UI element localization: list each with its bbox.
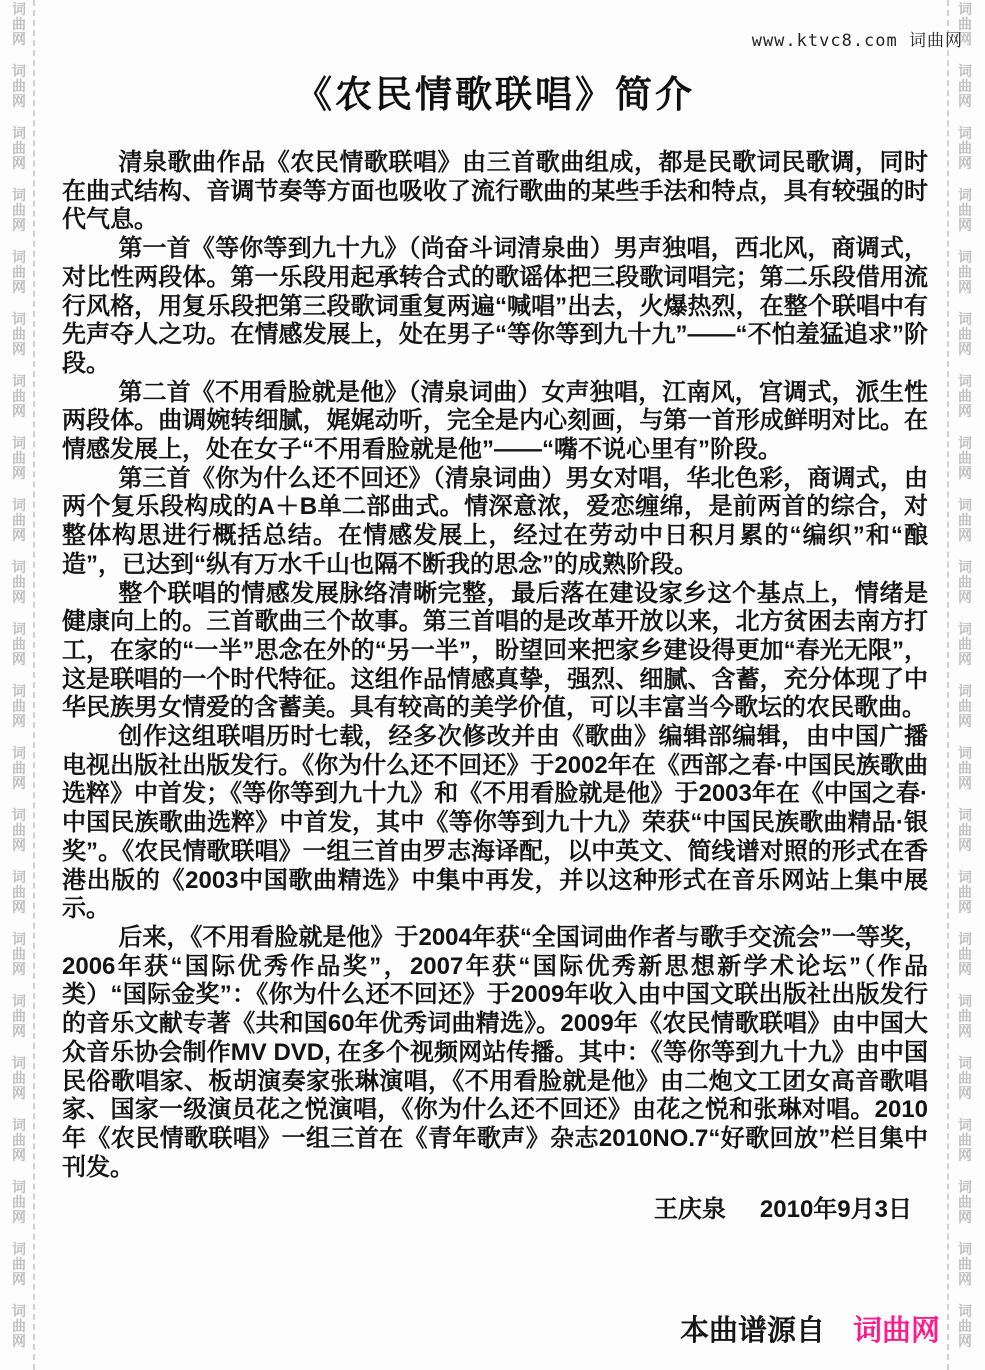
side-watermark-char: 网	[958, 900, 972, 915]
side-watermark-char: 曲	[12, 1195, 26, 1210]
side-watermark-char: 词	[958, 312, 972, 327]
right-dashed-border	[947, 0, 949, 1370]
side-watermark-char: 网	[12, 280, 26, 295]
side-watermark-char: 词	[12, 622, 26, 637]
side-watermark-char: 词	[12, 746, 26, 761]
paragraph: 第一首《等你等到九十九》（尚奋斗词清泉曲）男声独唱，西北风，商调式，对比性两段体…	[62, 235, 928, 379]
side-watermark-group: 词曲网	[12, 684, 26, 729]
side-watermark-char: 词	[958, 994, 972, 1009]
side-watermark-group: 词曲网	[958, 1180, 972, 1225]
side-watermark-char: 词	[958, 684, 972, 699]
side-watermark-char: 词	[12, 1180, 26, 1195]
side-watermark-char: 曲	[12, 141, 26, 156]
side-watermark-char: 曲	[958, 575, 972, 590]
side-watermark-char: 网	[12, 1334, 26, 1349]
signature-author: 王庆泉	[654, 1196, 726, 1223]
document-body: 清泉歌曲作品《农民情歌联唱》由三首歌曲组成，都是民歌词民歌调，同时在曲式结构、音…	[62, 149, 928, 1182]
signature-line: 王庆泉2010年9月3日	[62, 1189, 928, 1224]
side-watermark-char: 曲	[12, 327, 26, 342]
side-watermark-char: 曲	[958, 1195, 972, 1210]
side-watermark-char: 网	[958, 94, 972, 109]
side-watermark-char: 词	[958, 374, 972, 389]
side-watermark-char: 网	[958, 156, 972, 171]
side-watermark-group: 词曲网	[12, 312, 26, 357]
page-title: 《农民情歌联唱》简介	[62, 64, 928, 118]
side-watermark-group: 词曲网	[12, 126, 26, 171]
side-watermark-char: 词	[958, 808, 972, 823]
signature-date: 2010年9月3日	[760, 1196, 912, 1223]
side-watermark-char: 网	[958, 218, 972, 233]
side-watermark-char: 曲	[12, 637, 26, 652]
side-watermark-group: 词曲网	[12, 994, 26, 1039]
side-watermark-char: 词	[958, 746, 972, 761]
side-watermark-char: 网	[958, 528, 972, 543]
side-watermark-char: 网	[12, 1272, 26, 1287]
side-watermark-char: 词	[958, 498, 972, 513]
side-watermark-group: 词曲网	[958, 64, 972, 109]
side-watermark-char: 网	[12, 900, 26, 915]
side-watermark-group: 词曲网	[958, 250, 972, 295]
footer-site-link[interactable]: 词曲网	[853, 1315, 940, 1347]
side-watermark-char: 曲	[12, 885, 26, 900]
side-watermark-char: 网	[958, 466, 972, 481]
side-watermark-char: 词	[958, 188, 972, 203]
side-watermark-char: 词	[958, 1304, 972, 1319]
side-watermark-group: 词曲网	[958, 312, 972, 357]
side-watermark-char: 曲	[958, 637, 972, 652]
side-watermark-char: 曲	[958, 823, 972, 838]
side-watermark-char: 词	[12, 374, 26, 389]
side-watermark-group: 词曲网	[958, 932, 972, 977]
side-watermark-group: 词曲网	[12, 1180, 26, 1225]
side-watermark-group: 词曲网	[12, 1242, 26, 1287]
side-watermark-char: 网	[958, 838, 972, 853]
side-watermark-char: 曲	[958, 885, 972, 900]
side-watermark-char: 词	[12, 498, 26, 513]
side-watermark-char: 词	[958, 250, 972, 265]
side-watermark-group: 词曲网	[958, 622, 972, 667]
side-watermark-char: 词	[958, 932, 972, 947]
side-watermark-char: 词	[12, 312, 26, 327]
side-watermark-char: 曲	[12, 389, 26, 404]
side-watermark-char: 网	[12, 342, 26, 357]
side-watermark-char: 网	[958, 1334, 972, 1349]
footer-credit: 本曲谱源自词曲网	[680, 1308, 940, 1349]
side-watermark-char: 词	[958, 622, 972, 637]
side-watermark-char: 词	[958, 1180, 972, 1195]
side-watermark-char: 曲	[12, 699, 26, 714]
side-watermark-char: 网	[958, 1210, 972, 1225]
side-watermark-group: 词曲网	[12, 374, 26, 419]
side-watermark-char: 网	[958, 342, 972, 357]
side-watermark-char: 网	[12, 1086, 26, 1101]
side-watermark-char: 曲	[12, 1257, 26, 1272]
side-watermark-char: 网	[12, 838, 26, 853]
left-watermark-column: 词曲网词曲网词曲网词曲网词曲网词曲网词曲网词曲网词曲网词曲网词曲网词曲网词曲网词…	[6, 2, 32, 1370]
side-watermark-group: 词曲网	[958, 1304, 972, 1349]
side-watermark-char: 网	[958, 1272, 972, 1287]
side-watermark-group: 词曲网	[12, 250, 26, 295]
side-watermark-group: 词曲网	[958, 994, 972, 1039]
side-watermark-char: 曲	[12, 451, 26, 466]
side-watermark-char: 曲	[12, 265, 26, 280]
side-watermark-char: 曲	[12, 823, 26, 838]
side-watermark-char: 曲	[958, 1009, 972, 1024]
side-watermark-char: 词	[12, 870, 26, 885]
side-watermark-char: 词	[12, 126, 26, 141]
side-watermark-char: 曲	[12, 1009, 26, 1024]
side-watermark-group: 词曲网	[12, 1304, 26, 1349]
side-watermark-group: 词曲网	[12, 870, 26, 915]
side-watermark-group: 词曲网	[958, 126, 972, 171]
side-watermark-char: 网	[12, 590, 26, 605]
paragraph: 后来，《不用看脸就是他》于2004年获“全国词曲作者与歌手交流会”一等奖，200…	[62, 924, 928, 1182]
side-watermark-char: 曲	[12, 1319, 26, 1334]
side-watermark-char: 词	[12, 1304, 26, 1319]
side-watermark-char: 词	[958, 1056, 972, 1071]
paragraph: 清泉歌曲作品《农民情歌联唱》由三首歌曲组成，都是民歌词民歌调，同时在曲式结构、音…	[62, 149, 928, 235]
side-watermark-char: 词	[958, 1118, 972, 1133]
side-watermark-char: 网	[958, 1148, 972, 1163]
side-watermark-char: 曲	[958, 1133, 972, 1148]
side-watermark-char: 曲	[958, 699, 972, 714]
side-watermark-group: 词曲网	[958, 1056, 972, 1101]
side-watermark-char: 词	[12, 188, 26, 203]
side-watermark-char: 网	[12, 1148, 26, 1163]
side-watermark-group: 词曲网	[958, 870, 972, 915]
side-watermark-char: 曲	[958, 947, 972, 962]
side-watermark-group: 词曲网	[12, 1056, 26, 1101]
side-watermark-char: 词	[12, 808, 26, 823]
side-watermark-char: 词	[12, 2, 26, 17]
side-watermark-char: 曲	[12, 513, 26, 528]
document-content: 《农民情歌联唱》简介 清泉歌曲作品《农民情歌联唱》由三首歌曲组成，都是民歌词民歌…	[62, 0, 928, 1224]
side-watermark-char: 网	[12, 32, 26, 47]
side-watermark-group: 词曲网	[12, 622, 26, 667]
side-watermark-group: 词曲网	[958, 188, 972, 233]
side-watermark-char: 曲	[12, 203, 26, 218]
side-watermark-char: 网	[12, 466, 26, 481]
side-watermark-char: 词	[958, 1242, 972, 1257]
side-watermark-char: 词	[12, 684, 26, 699]
side-watermark-char: 曲	[958, 389, 972, 404]
side-watermark-char: 词	[958, 126, 972, 141]
side-watermark-char: 网	[12, 94, 26, 109]
side-watermark-group: 词曲网	[12, 746, 26, 791]
side-watermark-char: 曲	[958, 451, 972, 466]
side-watermark-char: 词	[12, 1242, 26, 1257]
left-dashed-border	[33, 0, 35, 1370]
side-watermark-group: 词曲网	[12, 64, 26, 109]
side-watermark-group: 词曲网	[12, 932, 26, 977]
side-watermark-char: 曲	[958, 513, 972, 528]
side-watermark-char: 词	[12, 1118, 26, 1133]
side-watermark-char: 曲	[12, 575, 26, 590]
side-watermark-char: 曲	[12, 79, 26, 94]
side-watermark-group: 词曲网	[12, 560, 26, 605]
side-watermark-char: 曲	[958, 203, 972, 218]
side-watermark-char: 词	[958, 870, 972, 885]
side-watermark-group: 词曲网	[12, 188, 26, 233]
side-watermark-char: 词	[12, 250, 26, 265]
side-watermark-char: 曲	[12, 947, 26, 962]
side-watermark-group: 词曲网	[958, 498, 972, 543]
side-watermark-group: 词曲网	[12, 436, 26, 481]
right-watermark-column: 词曲网词曲网词曲网词曲网词曲网词曲网词曲网词曲网词曲网词曲网词曲网词曲网词曲网词…	[952, 2, 978, 1370]
side-watermark-char: 网	[12, 1024, 26, 1039]
side-watermark-char: 曲	[958, 79, 972, 94]
side-watermark-char: 网	[12, 156, 26, 171]
side-watermark-char: 网	[12, 218, 26, 233]
side-watermark-char: 网	[12, 962, 26, 977]
side-watermark-group: 词曲网	[958, 374, 972, 419]
side-watermark-char: 曲	[958, 141, 972, 156]
side-watermark-char: 词	[12, 436, 26, 451]
side-watermark-char: 网	[958, 962, 972, 977]
side-watermark-char: 词	[12, 560, 26, 575]
side-watermark-char: 词	[12, 994, 26, 1009]
side-watermark-group: 词曲网	[12, 808, 26, 853]
paragraph: 整个联唱的情感发展脉络清晰完整，最后落在建设家乡这个基点上，情绪是健康向上的。三…	[62, 580, 928, 724]
side-watermark-char: 网	[958, 404, 972, 419]
side-watermark-group: 词曲网	[12, 1118, 26, 1163]
side-watermark-char: 词	[958, 64, 972, 79]
paragraph: 创作这组联唱历时七载，经多次修改并由《歌曲》编辑部编辑，由中国广播电视出版社出版…	[62, 723, 928, 924]
side-watermark-char: 网	[958, 776, 972, 791]
side-watermark-char: 网	[12, 652, 26, 667]
side-watermark-char: 曲	[958, 327, 972, 342]
side-watermark-char: 网	[12, 404, 26, 419]
side-watermark-group: 词曲网	[958, 436, 972, 481]
side-watermark-group: 词曲网	[958, 684, 972, 729]
side-watermark-char: 网	[958, 652, 972, 667]
side-watermark-char: 曲	[12, 1133, 26, 1148]
side-watermark-char: 词	[12, 64, 26, 79]
side-watermark-char: 曲	[12, 17, 26, 32]
side-watermark-group: 词曲网	[958, 808, 972, 853]
side-watermark-char: 网	[958, 590, 972, 605]
side-watermark-group: 词曲网	[958, 560, 972, 605]
side-watermark-char: 词	[958, 436, 972, 451]
side-watermark-char: 网	[12, 714, 26, 729]
side-watermark-char: 曲	[958, 265, 972, 280]
side-watermark-char: 曲	[12, 1071, 26, 1086]
side-watermark-char: 网	[958, 714, 972, 729]
side-watermark-char: 曲	[958, 1257, 972, 1272]
side-watermark-char: 网	[958, 1024, 972, 1039]
paragraph: 第三首《你为什么还不回还》（清泉词曲）男女对唱，华北色彩，商调式，由两个复乐段构…	[62, 465, 928, 580]
side-watermark-group: 词曲网	[12, 2, 26, 47]
side-watermark-char: 网	[12, 528, 26, 543]
side-watermark-char: 曲	[12, 761, 26, 776]
side-watermark-char: 网	[958, 280, 972, 295]
side-watermark-char: 词	[958, 2, 972, 17]
paragraph: 第二首《不用看脸就是他》（清泉词曲）女声独唱，江南风，宫调式，派生性两段体。曲调…	[62, 379, 928, 465]
side-watermark-char: 曲	[958, 1071, 972, 1086]
side-watermark-group: 词曲网	[12, 498, 26, 543]
side-watermark-char: 词	[958, 560, 972, 575]
side-watermark-group: 词曲网	[958, 1118, 972, 1163]
side-watermark-char: 网	[12, 776, 26, 791]
side-watermark-char: 网	[958, 1086, 972, 1101]
footer-credit-text: 本曲谱源自	[680, 1315, 825, 1347]
side-watermark-char: 曲	[958, 761, 972, 776]
side-watermark-char: 曲	[958, 1319, 972, 1334]
side-watermark-char: 词	[12, 932, 26, 947]
side-watermark-char: 词	[12, 1056, 26, 1071]
side-watermark-group: 词曲网	[958, 746, 972, 791]
side-watermark-group: 词曲网	[958, 1242, 972, 1287]
document-page: 词曲网词曲网词曲网词曲网词曲网词曲网词曲网词曲网词曲网词曲网词曲网词曲网词曲网词…	[0, 0, 985, 1370]
side-watermark-char: 网	[12, 1210, 26, 1225]
